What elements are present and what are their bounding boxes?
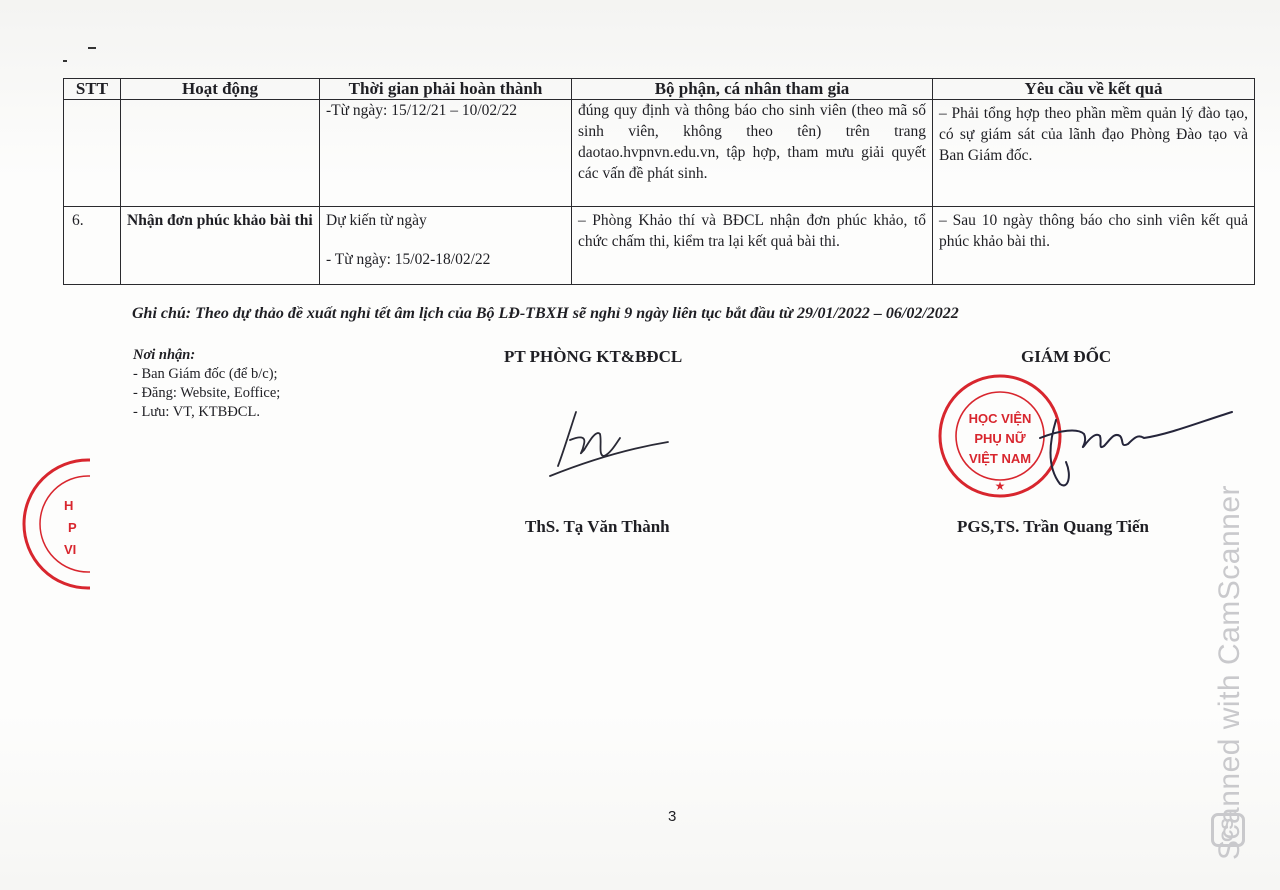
page-number: 3 bbox=[668, 808, 676, 825]
cell-requirements: – Phải tổng hợp theo phần mềm quản lý đà… bbox=[933, 100, 1255, 207]
right-signer-name: PGS,TS. Trần Quang Tiến bbox=[957, 517, 1149, 537]
left-signer-title: PT PHÒNG KT&BĐCL bbox=[504, 347, 682, 367]
cell-requirements: – Sau 10 ngày thông báo cho sinh viên kế… bbox=[933, 207, 1255, 285]
left-signer-name: ThS. Tạ Văn Thành bbox=[525, 517, 670, 537]
header-activity: Hoạt động bbox=[121, 79, 320, 100]
camscanner-logo-icon: CS bbox=[1211, 813, 1245, 847]
time-line: Dự kiến từ ngày bbox=[326, 210, 565, 231]
cell-participants: – Phòng Khảo thí và BĐCL nhận đơn phúc k… bbox=[572, 207, 933, 285]
header-stt: STT bbox=[64, 79, 121, 100]
time-line: - Từ ngày: 15/02-18/02/22 bbox=[326, 249, 565, 270]
cell-activity bbox=[121, 100, 320, 207]
partial-stamp-icon: H P VI bbox=[0, 448, 90, 598]
recipient-item: - Đăng: Website, Eoffice; bbox=[133, 384, 280, 403]
table-row: 6. Nhận đơn phúc khảo bài thi Dự kiến từ… bbox=[64, 207, 1255, 285]
recipients-title: Nơi nhận: bbox=[133, 346, 280, 365]
cell-stt bbox=[64, 100, 121, 207]
table-row: -Từ ngày: 15/12/21 – 10/02/22 đúng quy đ… bbox=[64, 100, 1255, 207]
time-line: -Từ ngày: 15/12/21 – 10/02/22 bbox=[326, 100, 565, 121]
partial-stamp-line: H bbox=[64, 498, 73, 513]
recipient-item: - Ban Giám đốc (để b/c); bbox=[133, 365, 280, 384]
right-signature-icon bbox=[1010, 380, 1240, 500]
cell-time: -Từ ngày: 15/12/21 – 10/02/22 bbox=[320, 100, 572, 207]
activity-text: Nhận đơn phúc khảo bài thi bbox=[127, 212, 313, 229]
header-requirements: Yêu cầu về kết quả bbox=[933, 79, 1255, 100]
left-signature-icon bbox=[540, 400, 680, 485]
note-text: Ghi chú: Theo dự thảo đề xuất nghỉ tết â… bbox=[132, 305, 959, 323]
header-participants: Bộ phận, cá nhân tham gia bbox=[572, 79, 933, 100]
table-header-row: STT Hoạt động Thời gian phải hoàn thành … bbox=[64, 79, 1255, 100]
scan-speck bbox=[63, 60, 67, 62]
plan-table: STT Hoạt động Thời gian phải hoàn thành … bbox=[63, 78, 1255, 285]
cell-participants: đúng quy định và thông báo cho sinh viên… bbox=[572, 100, 933, 207]
recipient-item: - Lưu: VT, KTBĐCL. bbox=[133, 403, 280, 422]
cell-time: Dự kiến từ ngày - Từ ngày: 15/02-18/02/2… bbox=[320, 207, 572, 285]
svg-text:★: ★ bbox=[995, 479, 1006, 493]
partial-stamp-line: VI bbox=[64, 542, 76, 557]
recipients-block: Nơi nhận: - Ban Giám đốc (để b/c); - Đăn… bbox=[133, 346, 280, 422]
cell-stt: 6. bbox=[64, 207, 121, 285]
header-time: Thời gian phải hoàn thành bbox=[320, 79, 572, 100]
partial-stamp-line: P bbox=[68, 520, 77, 535]
cell-activity: Nhận đơn phúc khảo bài thi bbox=[121, 207, 320, 285]
right-signer-title: GIÁM ĐỐC bbox=[1021, 347, 1111, 367]
scan-speck bbox=[88, 47, 96, 49]
camscanner-watermark: Scanned with CamScanner bbox=[1213, 485, 1247, 860]
